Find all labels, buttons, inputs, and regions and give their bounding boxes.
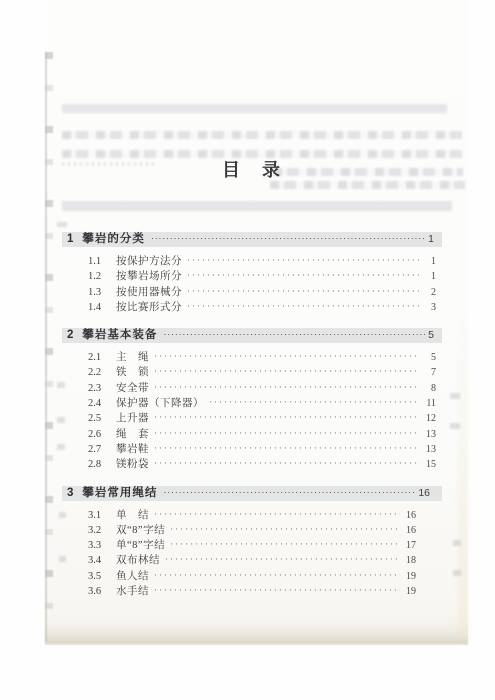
- toc-content: 目 录 1 攀岩的分类 ····························…: [62, 0, 442, 612]
- item-page-number: 19: [402, 569, 416, 584]
- dotted-leader: ········································…: [154, 568, 400, 583]
- section-page-number: 16: [418, 486, 430, 501]
- item-number: 2.7: [88, 442, 108, 457]
- dotted-leader: ········································…: [154, 426, 420, 441]
- dotted-leader: ········································…: [170, 537, 400, 552]
- item-number: 3.6: [88, 584, 108, 599]
- dotted-leader: ········································…: [151, 231, 425, 246]
- item-page-number: 8: [422, 381, 436, 396]
- toc-section: 2 攀岩基本装备 ·······························…: [62, 328, 442, 472]
- page-title: 目 录: [62, 156, 442, 182]
- item-number: 1.2: [88, 269, 108, 284]
- item-title: 双“8”字结: [116, 523, 165, 538]
- scanned-book-photo: 目 录 1 攀岩的分类 ····························…: [0, 0, 495, 700]
- item-title: 主 绳: [116, 350, 149, 365]
- item-title: 单“8”字结: [116, 538, 165, 553]
- toc-item: 3.2 双“8”字结 ·····························…: [62, 523, 442, 538]
- page-bottom-edge: [45, 623, 468, 645]
- section-number: 1: [67, 232, 73, 247]
- item-title: 双布林结: [116, 553, 160, 568]
- dotted-leader: ········································…: [209, 395, 420, 410]
- item-number: 2.1: [88, 350, 108, 365]
- dotted-leader: ········································…: [170, 522, 400, 537]
- item-title: 保护器（下降器）: [116, 396, 204, 411]
- item-number: 2.5: [88, 411, 108, 426]
- item-number: 2.8: [88, 457, 108, 472]
- item-page-number: 17: [402, 538, 416, 553]
- section-header: 3 攀岩常用绳结 ·······························…: [62, 486, 442, 501]
- toc-item: 2.3 安全带 ································…: [62, 381, 442, 396]
- dotted-leader: ········································…: [165, 552, 400, 567]
- dotted-leader: ········································…: [187, 284, 420, 299]
- item-number: 3.2: [88, 523, 108, 538]
- item-number: 3.5: [88, 569, 108, 584]
- toc-item: 2.8 镁粉袋 ································…: [62, 457, 442, 472]
- section-items: 1.1 按保护方法分 ·····························…: [62, 254, 442, 315]
- section-header: 2 攀岩基本装备 ·······························…: [62, 328, 442, 343]
- item-number: 2.3: [88, 381, 108, 396]
- dotted-leader: ········································…: [154, 507, 400, 522]
- toc-sections: 1 攀岩的分类 ································…: [62, 232, 442, 599]
- item-number: 1.1: [88, 254, 108, 269]
- item-page-number: 18: [402, 553, 416, 568]
- item-title: 水手结: [116, 584, 149, 599]
- item-page-number: 1: [422, 269, 436, 284]
- book-page: 目 录 1 攀岩的分类 ····························…: [45, 0, 468, 645]
- section-number: 2: [67, 328, 73, 343]
- page-right-edge: [458, 300, 468, 640]
- item-number: 3.3: [88, 538, 108, 553]
- dotted-leader: ········································…: [154, 583, 400, 598]
- item-title: 镁粉袋: [116, 457, 149, 472]
- item-page-number: 15: [422, 457, 436, 472]
- dotted-leader: ········································…: [187, 299, 420, 314]
- section-page-number: 1: [428, 232, 434, 247]
- section-title: 攀岩的分类: [82, 232, 145, 247]
- item-title: 上升器: [116, 411, 149, 426]
- item-title: 按使用器械分: [116, 285, 182, 300]
- dotted-leader: ········································…: [187, 253, 420, 268]
- item-title: 绳 套: [116, 427, 149, 442]
- item-page-number: 3: [422, 300, 436, 315]
- item-page-number: 11: [422, 396, 436, 411]
- toc-item: 3.3 单“8”字结 ·····························…: [62, 538, 442, 553]
- item-number: 2.4: [88, 396, 108, 411]
- item-title: 安全带: [116, 381, 149, 396]
- item-page-number: 7: [422, 365, 436, 380]
- dotted-leader: ········································…: [154, 410, 420, 425]
- toc-section: 3 攀岩常用绳结 ·······························…: [62, 486, 442, 600]
- item-number: 3.1: [88, 508, 108, 523]
- toc-item: 2.2 铁 锁 ································…: [62, 365, 442, 380]
- item-page-number: 5: [422, 350, 436, 365]
- item-page-number: 16: [402, 508, 416, 523]
- item-title: 按比赛形式分: [116, 300, 182, 315]
- item-page-number: 13: [422, 442, 436, 457]
- item-number: 3.4: [88, 553, 108, 568]
- toc-item: 1.2 按攀岩场所分 ·····························…: [62, 269, 442, 284]
- section-title: 攀岩基本装备: [82, 328, 157, 343]
- item-title: 按攀岩场所分: [116, 269, 182, 284]
- item-number: 1.3: [88, 285, 108, 300]
- dotted-leader: ········································…: [154, 380, 420, 395]
- toc-item: 2.5 上升器 ································…: [62, 411, 442, 426]
- item-number: 1.4: [88, 300, 108, 315]
- toc-item: 3.4 双布林结 ·······························…: [62, 553, 442, 568]
- item-title: 铁 锁: [116, 365, 149, 380]
- section-header: 1 攀岩的分类 ································…: [62, 232, 442, 247]
- item-page-number: 12: [422, 411, 436, 426]
- section-items: 2.1 主 绳 ································…: [62, 350, 442, 472]
- toc-item: 3.6 水手结 ································…: [62, 584, 442, 599]
- toc-item: 2.1 主 绳 ································…: [62, 350, 442, 365]
- toc-item: 2.4 保护器（下降器） ···························…: [62, 396, 442, 411]
- dotted-leader: ········································…: [154, 441, 420, 456]
- toc-item: 1.4 按比赛形式分 ·····························…: [62, 300, 442, 315]
- item-title: 鱼人结: [116, 569, 149, 584]
- item-page-number: 19: [402, 584, 416, 599]
- dotted-leader: ········································…: [163, 485, 415, 500]
- item-page-number: 2: [422, 285, 436, 300]
- item-title: 单 结: [116, 508, 149, 523]
- item-title: 攀岩鞋: [116, 442, 149, 457]
- section-title: 攀岩常用绳结: [82, 486, 157, 501]
- page-left-edge: [45, 52, 53, 642]
- dotted-leader: ········································…: [154, 456, 420, 471]
- dotted-leader: ········································…: [154, 364, 420, 379]
- dotted-leader: ········································…: [163, 327, 425, 342]
- item-page-number: 16: [402, 523, 416, 538]
- item-page-number: 1: [422, 254, 436, 269]
- toc-item: 2.7 攀岩鞋 ································…: [62, 442, 442, 457]
- dotted-leader: ········································…: [154, 349, 420, 364]
- toc-item: 3.1 单 结 ································…: [62, 508, 442, 523]
- section-items: 3.1 单 结 ································…: [62, 508, 442, 600]
- item-page-number: 13: [422, 427, 436, 442]
- toc-item: 1.1 按保护方法分 ·····························…: [62, 254, 442, 269]
- item-number: 2.2: [88, 365, 108, 380]
- toc-item: 3.5 鱼人结 ································…: [62, 569, 442, 584]
- toc-item: 1.3 按使用器械分 ·····························…: [62, 285, 442, 300]
- toc-section: 1 攀岩的分类 ································…: [62, 232, 442, 315]
- section-page-number: 5: [428, 328, 434, 343]
- section-number: 3: [67, 486, 73, 501]
- item-number: 2.6: [88, 427, 108, 442]
- dotted-leader: ········································…: [187, 268, 420, 283]
- item-title: 按保护方法分: [116, 254, 182, 269]
- toc-item: 2.6 绳 套 ································…: [62, 427, 442, 442]
